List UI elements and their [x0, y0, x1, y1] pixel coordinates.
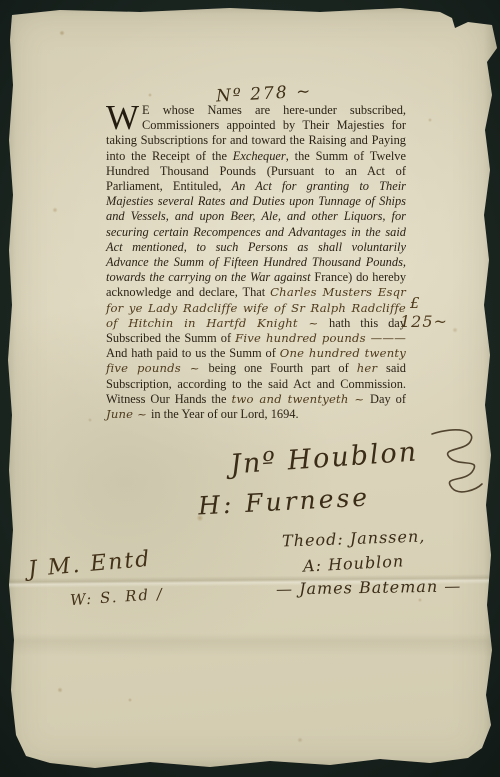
signature-flourish: [426, 424, 490, 502]
body-print-roman: being one Fourth part of: [209, 361, 357, 375]
margin-amount-note: £ 125~: [400, 294, 448, 331]
signature-jno-houblon: Jnº Houblon: [229, 436, 419, 480]
margin-amount-value: 125~: [400, 312, 448, 331]
handwritten-subscribed-sum: Five hundred pounds ———: [235, 331, 406, 345]
document-paper: Nº 278 ~ WE whose Names are here-under s…: [0, 0, 500, 777]
body-print-italic-exchequer: Exchequer: [233, 149, 286, 163]
signature-h-furnese: H: Furnese: [197, 483, 370, 521]
body-print-roman: in the Year of our Lord, 1694.: [151, 407, 299, 421]
signature-theod-janssen: Theod: Janssen,: [282, 527, 426, 551]
handwritten-pronoun: her: [357, 361, 386, 375]
signature-james-bateman: — James Bateman —: [276, 576, 462, 598]
handwritten-month: June ~: [106, 407, 151, 421]
signature-a-houblon: A: Houblon: [303, 551, 405, 575]
document-body: WE whose Names are here-under subscribed…: [106, 103, 406, 422]
body-print-roman: Day of: [370, 392, 406, 406]
pound-sign: £: [400, 294, 448, 312]
body-print-roman: And hath paid to us the Summ of: [106, 346, 280, 360]
handwritten-day: two and twentyeth ~: [231, 392, 370, 406]
clerk-note-initials: W: S. Rd /: [69, 585, 164, 610]
drop-cap-w: W: [106, 103, 142, 131]
body-print-italic-act-title: An Act for granting to Their Majesties s…: [106, 179, 406, 284]
photograph-background: Nº 278 ~ WE whose Names are here-under s…: [0, 0, 500, 777]
